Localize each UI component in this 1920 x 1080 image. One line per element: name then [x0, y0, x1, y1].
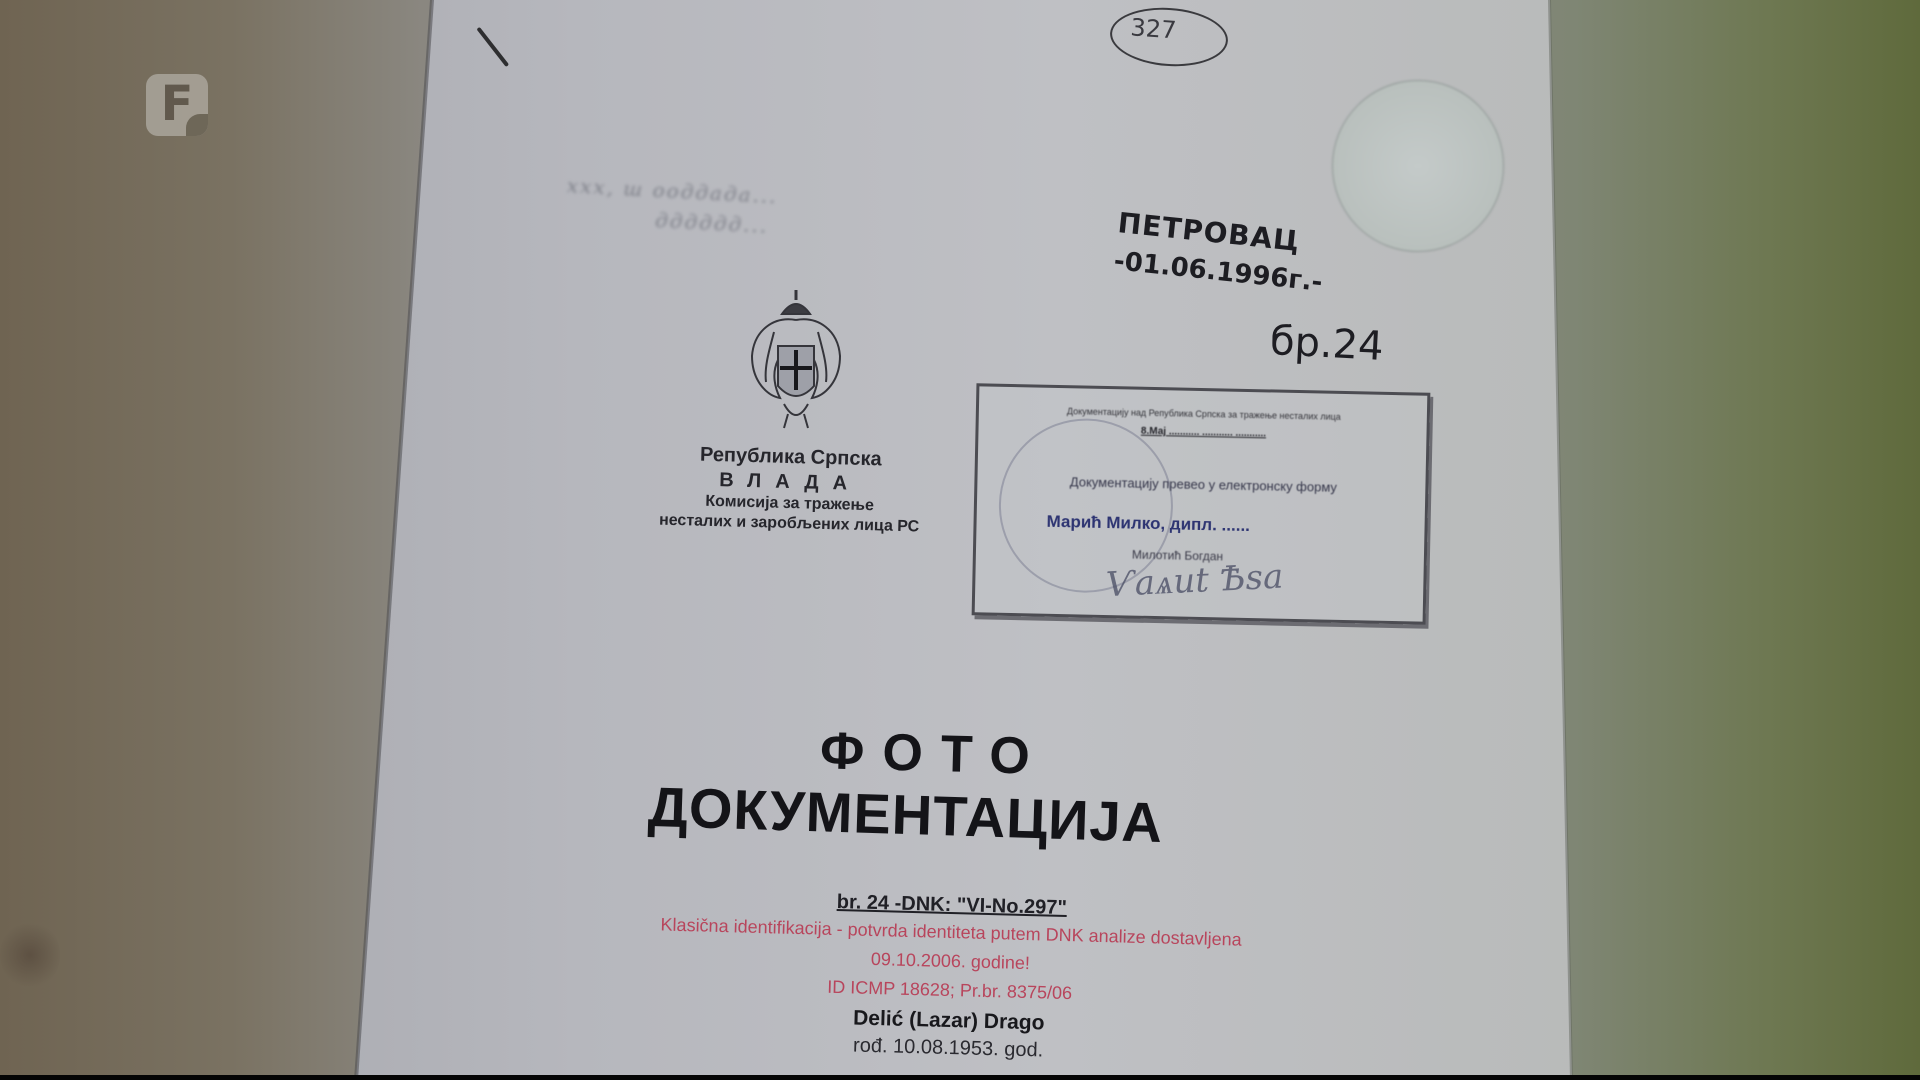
certification-stamp: Документацију над Република Српска за тр…	[972, 383, 1431, 624]
video-frame: F 327 ххх, ш ооддада... дддддд... ПЕТРОВ…	[0, 0, 1920, 1080]
issuer-header: Република Српска ВЛАДА Комисија за траже…	[599, 439, 981, 539]
channel-logo-icon: F	[146, 74, 208, 136]
page-curl-icon	[186, 114, 208, 136]
letterbox-bar	[0, 1075, 1920, 1080]
shadow-spot	[0, 920, 60, 990]
handwritten-number: бр.24	[1269, 318, 1385, 370]
round-seal-icon	[1332, 80, 1504, 252]
coat-of-arms-icon	[744, 286, 848, 436]
page-number: 327	[1130, 13, 1178, 44]
signature: Ѵаѧиt Ѣѕа	[1105, 557, 1285, 606]
title-photo: ФОТО	[819, 721, 1048, 787]
case-details: br. 24 -DNK: "VI-No.297" Klasična identi…	[498, 880, 1402, 1073]
